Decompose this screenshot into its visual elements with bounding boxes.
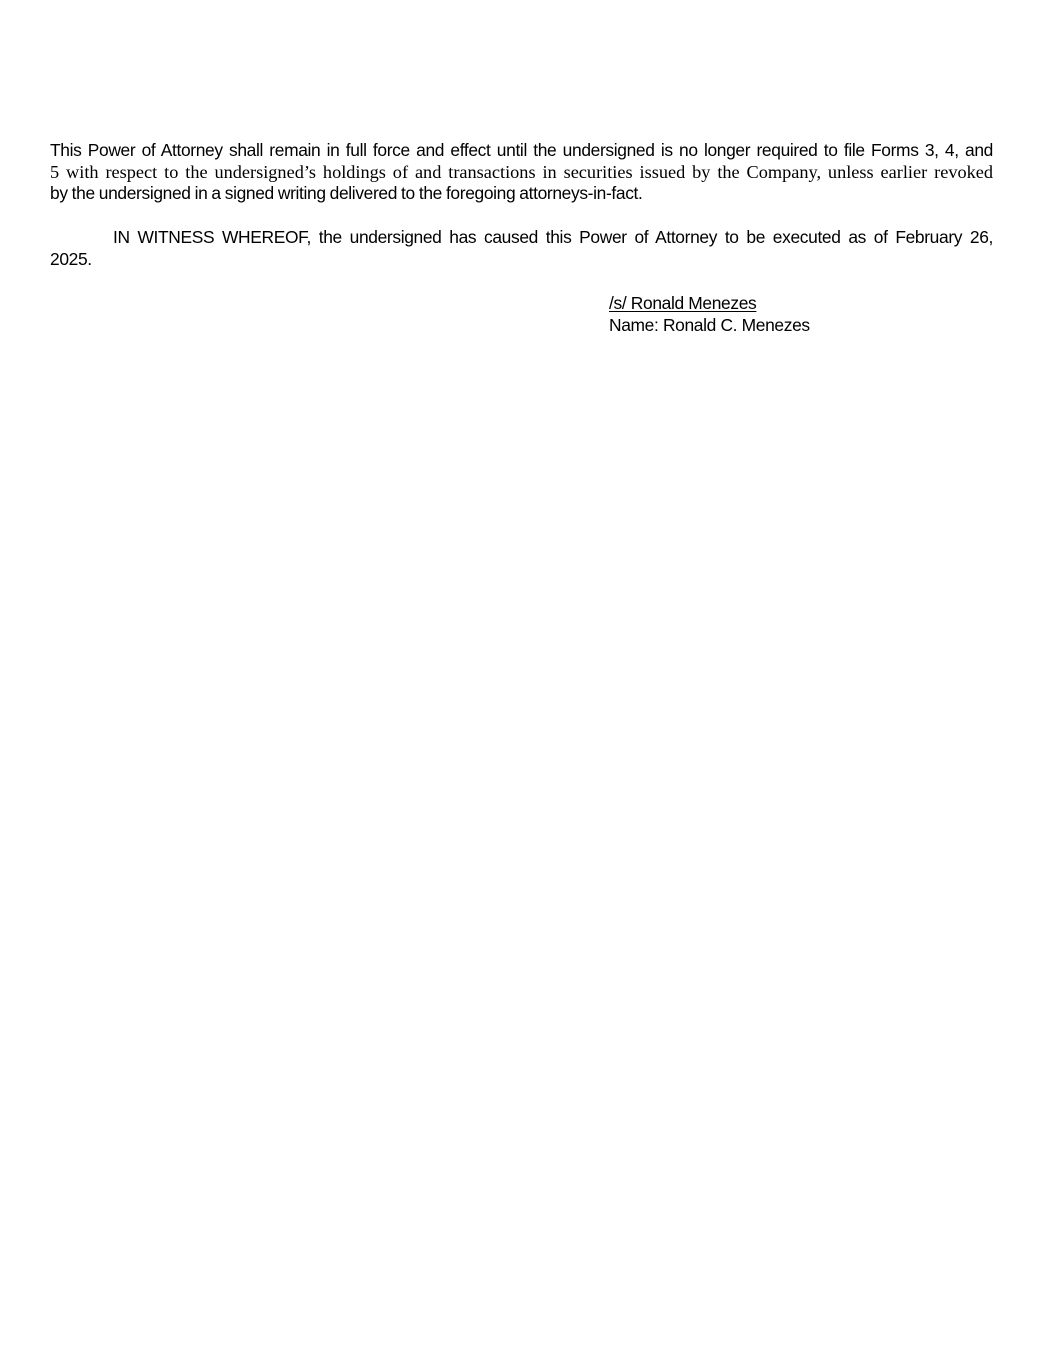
signer-name: Name: Ronald C. Menezes <box>609 314 810 336</box>
signature-line: /s/ Ronald Menezes <box>609 292 810 314</box>
document-page: This Power of Attorney shall remain in f… <box>0 0 1055 1365</box>
paragraph-line: 5 with respect to the undersigned’s hold… <box>50 162 993 184</box>
paragraph-line: IN WITNESS WHEREOF, the undersigned has … <box>50 227 993 249</box>
paragraph-line: 2025. <box>50 249 993 271</box>
signature-block: /s/ Ronald Menezes Name: Ronald C. Menez… <box>609 292 810 336</box>
paragraph-line: This Power of Attorney shall remain in f… <box>50 140 993 162</box>
paragraph-line: by the undersigned in a signed writing d… <box>50 183 993 205</box>
witness-paragraph: IN WITNESS WHEREOF, the undersigned has … <box>50 227 993 270</box>
duration-paragraph: This Power of Attorney shall remain in f… <box>50 140 993 205</box>
